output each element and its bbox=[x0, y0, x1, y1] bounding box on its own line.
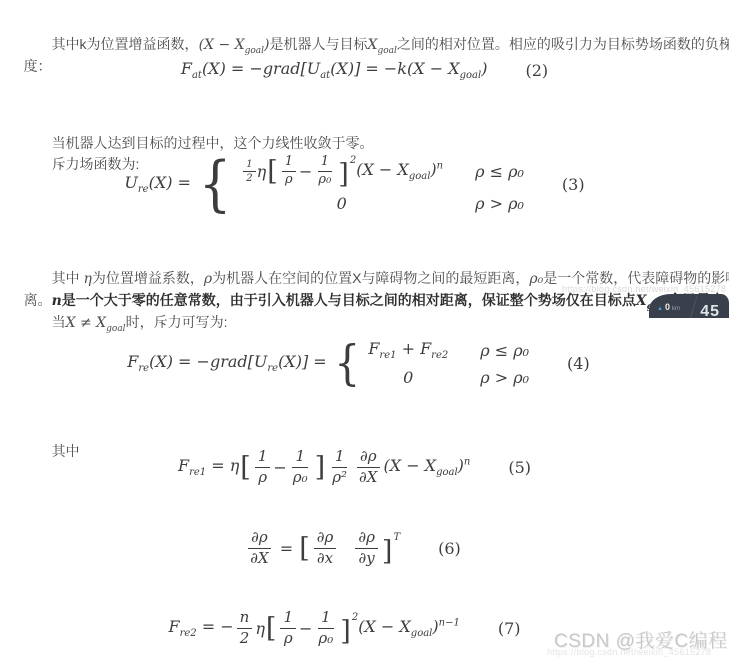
math-token: F bbox=[181, 59, 192, 78]
equation-3: Ure(X) = { 12 η [ 1ρ − 1ρ₀ ]2 (X − Xgoal… bbox=[0, 150, 719, 218]
math-subscript: re2 bbox=[180, 628, 197, 639]
fraction-denominator: 2 bbox=[237, 629, 253, 647]
math-token: − bbox=[273, 458, 286, 477]
math-superscript: n bbox=[437, 161, 443, 172]
equation-5: Fre1 = η [ 1ρ − 1ρ₀ ] 1ρ² ∂ρ∂X (X − Xgoa… bbox=[0, 444, 719, 490]
math-token: (X) = −grad[ bbox=[202, 59, 307, 78]
math-token: ) bbox=[481, 59, 487, 78]
math-token: F bbox=[127, 352, 138, 371]
fraction-numerator: ∂ρ bbox=[357, 448, 380, 467]
fraction-denominator: ρ₀ bbox=[315, 629, 336, 647]
fraction-denominator: ∂X bbox=[247, 549, 271, 567]
fraction: n2 bbox=[237, 609, 253, 647]
case-1-condition: ρ ≤ ρ₀ bbox=[480, 341, 529, 360]
math-token: (X) = bbox=[149, 173, 196, 192]
equation-6: ∂ρ∂X = [ ∂ρ∂x ∂ρ∂y ]T (6) bbox=[0, 524, 717, 572]
left-bracket: [ bbox=[239, 454, 252, 481]
cases-grid: Fre1 + Fre2 ρ ≤ ρ₀ 0 ρ > ρ₀ bbox=[368, 339, 529, 386]
fraction: 12 bbox=[243, 159, 255, 185]
math-subscript: re2 bbox=[431, 351, 448, 362]
math-subscript: at bbox=[192, 70, 202, 81]
fraction: ∂ρ∂X bbox=[356, 448, 380, 486]
case-1-expression: 12 η [ 1ρ − 1ρ₀ ]2 (X − Xgoal)n bbox=[240, 155, 443, 188]
gauge-speed-unit: km bbox=[672, 306, 680, 312]
fraction-numerator: 1 bbox=[292, 448, 308, 467]
math-token: U bbox=[124, 173, 137, 192]
math-token: F bbox=[420, 339, 431, 358]
fraction: 1ρ₀ bbox=[315, 609, 336, 647]
math-subscript: re bbox=[138, 363, 149, 374]
math-token: − bbox=[299, 162, 312, 181]
math-token: η bbox=[255, 619, 265, 638]
gauge-speed-group: ▲ 0 km bbox=[657, 302, 680, 312]
math-token: U bbox=[254, 352, 267, 371]
math-superscript: T bbox=[393, 532, 400, 543]
case-2-expression: 0 bbox=[337, 194, 347, 213]
case-1-condition: ρ ≤ ρ₀ bbox=[475, 162, 524, 181]
math-subscript: goal bbox=[460, 70, 482, 81]
article-page: 其中k为位置增益函数，(X − Xgoal)是机器人与目标Xgoal之间的相对位… bbox=[0, 0, 729, 662]
gauge-digits: 45 bbox=[700, 303, 720, 318]
case-2-expression: 0 bbox=[403, 368, 413, 387]
right-bracket: ] bbox=[314, 454, 327, 481]
math-token: (X − X bbox=[358, 617, 411, 636]
fraction-numerator: 1 bbox=[280, 609, 296, 628]
math-token: (X) = −grad[ bbox=[149, 352, 254, 371]
left-brace: { bbox=[334, 339, 360, 387]
math-token: + bbox=[396, 339, 420, 358]
equation-2-number: (2) bbox=[525, 61, 548, 80]
math-token: X ≠ X bbox=[66, 315, 107, 331]
fraction-denominator: ρ bbox=[281, 629, 296, 647]
equation-3-number: (3) bbox=[562, 175, 585, 194]
fraction-numerator: ∂ρ bbox=[248, 529, 271, 548]
case-2-condition: ρ > ρ₀ bbox=[480, 368, 529, 387]
fraction-denominator: ∂x bbox=[314, 549, 336, 567]
fraction: 1ρ² bbox=[329, 448, 350, 486]
fraction-numerator: n bbox=[237, 609, 253, 628]
fraction-denominator: ρ² bbox=[329, 468, 350, 486]
right-bracket: ]2 bbox=[337, 155, 356, 188]
fraction-denominator: ∂y bbox=[356, 549, 378, 567]
math-token: X bbox=[368, 37, 378, 53]
inline-math: X ≠ Xgoal bbox=[66, 315, 126, 331]
fraction: ∂ρ∂X bbox=[247, 529, 271, 567]
piecewise-cases: { Fre1 + Fre2 ρ ≤ ρ₀ 0 ρ > ρ₀ bbox=[332, 339, 529, 387]
equation-6-number: (6) bbox=[438, 539, 461, 558]
equation-3-lhs: Ure(X) = bbox=[124, 173, 196, 195]
fraction: 1ρ₀ bbox=[290, 448, 311, 486]
math-superscript: n−1 bbox=[439, 618, 460, 629]
equation-4: Fre(X) = −grad[Ure(X)] = { Fre1 + Fre2 ρ… bbox=[0, 332, 723, 394]
up-arrow-icon: ▲ bbox=[657, 306, 663, 312]
math-token: F bbox=[178, 456, 189, 475]
fraction: 1ρ bbox=[282, 155, 296, 188]
fraction-numerator: 1 bbox=[318, 155, 332, 172]
math-subscript: re1 bbox=[379, 351, 396, 362]
fraction-numerator: 1 bbox=[282, 155, 296, 172]
math-subscript: goal bbox=[411, 628, 433, 639]
fraction-numerator: 1 bbox=[255, 448, 271, 467]
equation-2-body: Fat(X) = −grad[Uat(X)] = −k(X − Xgoal) bbox=[181, 59, 488, 81]
fraction-numerator: 1 bbox=[332, 448, 348, 467]
fraction: 1ρ bbox=[255, 448, 271, 486]
fraction: ∂ρ∂y bbox=[355, 529, 378, 567]
fraction: 1ρ bbox=[280, 609, 296, 647]
math-token: U bbox=[307, 59, 320, 78]
left-bracket: [ bbox=[298, 535, 311, 562]
case-1-expression: Fre1 + Fre2 bbox=[368, 339, 448, 361]
math-token: (X)] = −k(X − bbox=[330, 59, 448, 78]
fraction-numerator: 1 bbox=[318, 609, 334, 628]
equation-5-lhs: Fre1 = η bbox=[178, 456, 239, 478]
equation-5-number: (5) bbox=[508, 458, 531, 477]
left-bracket: [ bbox=[266, 158, 279, 185]
gauge-speed-value: 0 bbox=[665, 302, 670, 312]
fraction: 1ρ₀ bbox=[315, 155, 334, 188]
right-bracket: ]2 bbox=[339, 612, 358, 645]
p3-text-6: 当 bbox=[52, 314, 66, 330]
math-subscript: re bbox=[267, 363, 278, 374]
fraction-numerator: 1 bbox=[243, 159, 255, 173]
math-token: (X − X bbox=[199, 37, 245, 53]
math-subscript: at bbox=[320, 70, 330, 81]
math-superscript: n bbox=[464, 457, 470, 468]
math-token: X bbox=[448, 59, 459, 78]
case-2-condition: ρ > ρ₀ bbox=[475, 194, 524, 213]
math-token: − bbox=[299, 619, 312, 638]
p1-text-1: 其中k为位置增益函数， bbox=[52, 36, 199, 52]
equation-2: Fat(X) = −grad[Uat(X)] = −k(X − Xgoal) (… bbox=[0, 55, 729, 85]
math-token: (X)] = bbox=[278, 352, 332, 371]
equation-5-rhs: (X − Xgoal)n bbox=[383, 456, 470, 478]
inline-math: Xgoal bbox=[368, 37, 397, 53]
fraction: ∂ρ∂x bbox=[314, 529, 337, 567]
fraction-denominator: ∂X bbox=[356, 468, 380, 486]
left-brace: { bbox=[199, 154, 231, 214]
math-token: X bbox=[636, 293, 647, 309]
fraction-denominator: 2 bbox=[243, 172, 255, 185]
piecewise-cases: { 12 η [ 1ρ − 1ρ₀ ]2 (X − Xgoal)n ρ ≤ ρ₀… bbox=[196, 154, 524, 214]
fraction-numerator: ∂ρ bbox=[355, 529, 378, 548]
p3-text-7: 时，斥力可写为: bbox=[126, 314, 228, 330]
csdn-url-watermark: https://blog.csdn.net/weixin_45615278 bbox=[562, 284, 726, 294]
equation-7-number: (7) bbox=[498, 619, 521, 638]
p1-text-3: 之间的相对位置。相应的吸引力为目标势场函数的负梯 bbox=[397, 36, 729, 52]
math-token: = − bbox=[197, 617, 234, 636]
right-bracket: ]T bbox=[381, 532, 400, 565]
math-token: = bbox=[275, 539, 299, 558]
math-token: η bbox=[257, 162, 267, 181]
csdn-url-watermark-bottom: https://blog.csdn.net/weixin_45615278 bbox=[547, 647, 711, 657]
dashboard-image-fragment: ▲ 0 km 45 bbox=[649, 294, 729, 318]
equation-4-lhs: Fre(X) = −grad[Ure(X)] = bbox=[127, 352, 331, 374]
p1-text-2: 是机器人与目标 bbox=[270, 36, 368, 52]
math-subscript: re bbox=[138, 184, 149, 195]
fraction-denominator: ρ₀ bbox=[290, 468, 311, 486]
math-subscript: goal bbox=[409, 172, 431, 183]
fraction-numerator: ∂ρ bbox=[314, 529, 337, 548]
inline-math: (X − Xgoal) bbox=[199, 37, 270, 53]
equation-4-number: (4) bbox=[567, 354, 590, 373]
fraction-denominator: ρ₀ bbox=[315, 172, 334, 188]
math-token: F bbox=[169, 617, 180, 636]
cases-grid: 12 η [ 1ρ − 1ρ₀ ]2 (X − Xgoal)n ρ ≤ ρ₀ 0… bbox=[240, 155, 524, 213]
math-token: (X − Xgoal)n bbox=[356, 160, 443, 182]
equation-7-lhs: Fre2 = − bbox=[169, 617, 234, 639]
math-token: (X − X bbox=[383, 456, 436, 475]
math-token: = η bbox=[206, 456, 239, 475]
math-subscript: re1 bbox=[189, 467, 206, 478]
fraction-denominator: ρ bbox=[255, 468, 270, 486]
math-token: F bbox=[368, 339, 379, 358]
math-subscript: goal bbox=[436, 467, 458, 478]
fraction-denominator: ρ bbox=[282, 172, 296, 188]
left-bracket: [ bbox=[265, 615, 278, 642]
equation-7-rhs: (X − Xgoal)n−1 bbox=[358, 617, 460, 639]
